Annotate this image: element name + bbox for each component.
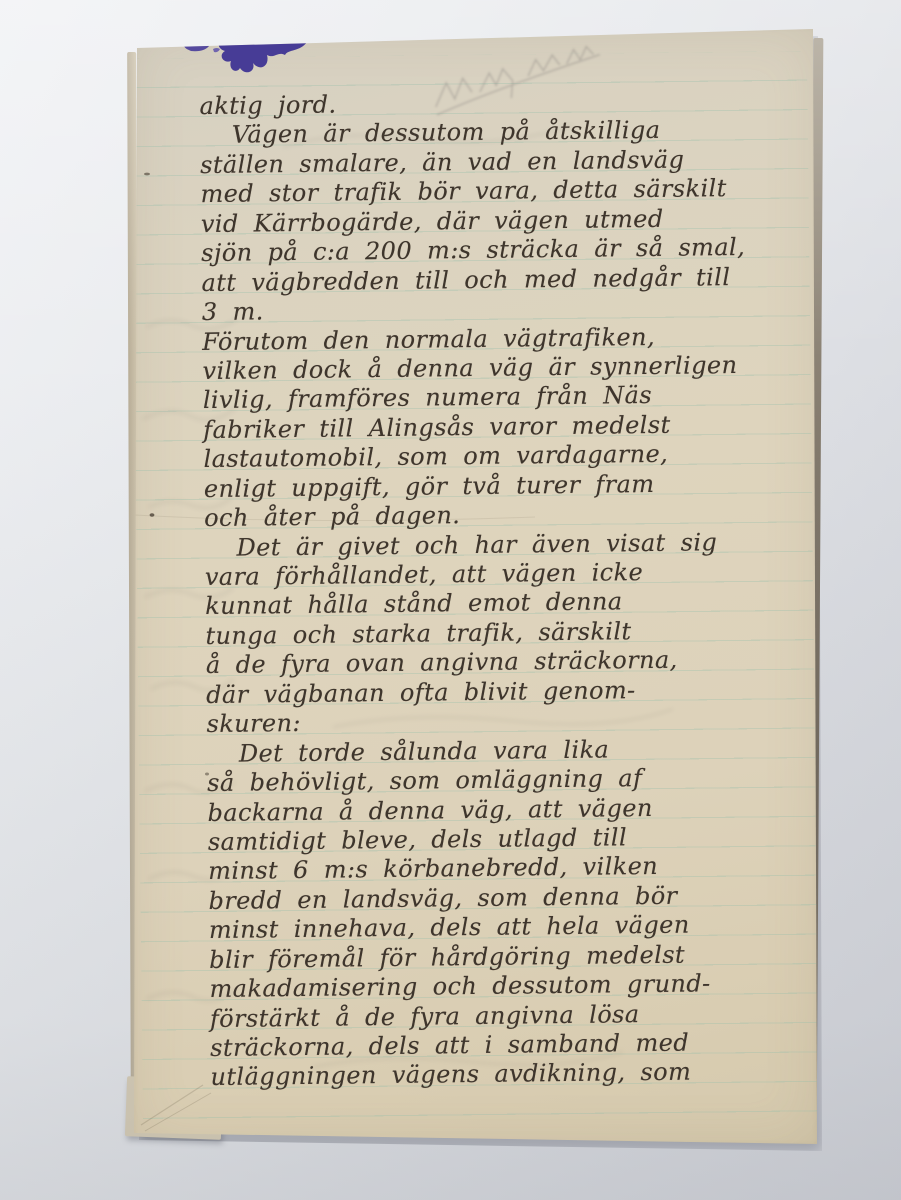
manuscript-text: aktig jord. Vägen är dessutom på åtskill… bbox=[199, 85, 810, 1093]
manuscript-page: aktig jord. Vägen är dessutom på åtskill… bbox=[133, 27, 817, 1145]
photo-backdrop: aktig jord. Vägen är dessutom på åtskill… bbox=[0, 0, 901, 1200]
writing-area: aktig jord. Vägen är dessutom på åtskill… bbox=[127, 23, 824, 1149]
